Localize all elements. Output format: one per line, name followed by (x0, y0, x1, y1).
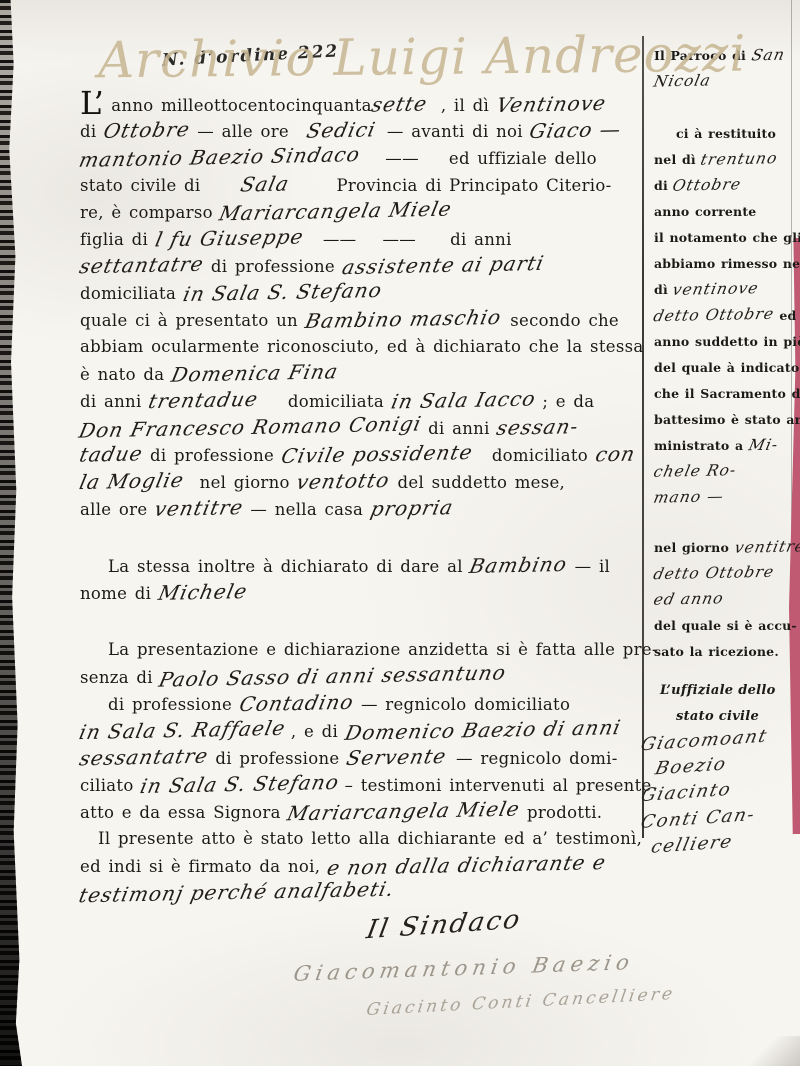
handwritten-text: Nicola (651, 67, 713, 94)
printed-text: del quale si è accu- (654, 618, 797, 633)
document-line: stato civile (654, 702, 794, 728)
handwritten-text: San (749, 42, 787, 69)
handwritten-text: la Moglie (77, 467, 187, 496)
handwritten-text: Bambino (467, 551, 570, 580)
printed-text: di anni (80, 392, 149, 411)
handwritten-text: Domenica Fina (169, 358, 341, 388)
handwritten-text: Michele (156, 578, 250, 607)
document-line: alle ore ventitre — nella casa propria (80, 495, 642, 522)
handwritten-text: mantonio Baezio Sindaco (77, 141, 363, 174)
signature-sindaco-name: Giacomantonio Baezio (292, 950, 636, 986)
printed-text: alle ore (80, 500, 155, 519)
printed-text: senza di (80, 668, 160, 687)
handwritten-text: Mariarcangela Miele (285, 796, 523, 828)
main-act-text: L’ anno milleottocentocinquantasette, il… (80, 90, 642, 906)
printed-text: , il dì (441, 96, 497, 115)
document-line: re, è comparso Mariarcangela Miele (80, 198, 642, 225)
document-line (80, 606, 642, 636)
document-line: Conti Can- (654, 806, 794, 832)
printed-text: del suddetto mese, (398, 473, 566, 492)
document-line: Giacinto (654, 780, 794, 806)
printed-text: ed (774, 308, 797, 323)
document-line (654, 510, 794, 534)
document-line: la Moglienel giorno ventottodel suddetto… (80, 468, 642, 495)
document-line: ci à restituito (654, 120, 794, 146)
handwritten-text: Sedici (304, 116, 378, 144)
printed-text: domiciliata (80, 284, 184, 303)
handwritten-text: testimonj perché analfabeti. (76, 876, 396, 910)
handwritten-text: con (593, 441, 638, 469)
document-line: Il presente atto è stato letto alla dich… (80, 825, 642, 852)
document-line: tadue di professione Civile possidentedo… (80, 441, 642, 468)
document-line: nel dì trentuno (654, 146, 794, 172)
printed-text: dì (654, 282, 673, 297)
handwritten-text: sette (369, 90, 430, 118)
handwritten-text: Civile possidente (278, 439, 475, 470)
handwritten-text: ventotto (294, 467, 392, 496)
document-line (80, 522, 642, 552)
document-line: di Ottobre — alle ore Sedici— avanti di … (80, 117, 642, 144)
handwritten-text: tadue (77, 440, 145, 468)
handwritten-text: trentadue (146, 386, 261, 415)
printed-text: secondo che (510, 311, 619, 330)
printed-text: stato civile di (80, 176, 201, 195)
printed-text: sato la ricezione. (654, 644, 779, 659)
printed-text: battesimo è stato am- (654, 412, 800, 427)
document-line: detto Ottobre (654, 560, 794, 586)
printed-text: —— (385, 149, 419, 168)
printed-text: —— (323, 230, 357, 249)
printed-text: anno milleottocentocinquanta (104, 96, 372, 115)
handwritten-text: Bambino maschio (302, 304, 503, 335)
document-line: sato la ricezione. (654, 638, 794, 664)
document-line: anno corrente (654, 198, 794, 224)
document-line: abbiamo rimesso nel (654, 250, 794, 276)
document-line (654, 664, 794, 676)
printed-text: La presentazione e dichiarazione anzidet… (108, 640, 658, 659)
document-line: La presentazione e dichiarazione anzidet… (80, 636, 642, 663)
printed-text: ciliato (80, 776, 141, 795)
handwritten-text: Domenico Baezio di anni (342, 714, 623, 747)
document-line: stato civile diSalaProvincia di Principa… (80, 171, 642, 198)
handwritten-text: mano — (651, 483, 726, 510)
printed-text: — avanti di noi (387, 122, 531, 141)
corner-shadow (710, 1036, 800, 1066)
document-line: di Ottobre (654, 172, 794, 198)
printed-text: ed indi si è firmato da noi, (80, 857, 328, 876)
printed-text: è nato da (80, 365, 172, 384)
handwritten-text: Sala (238, 171, 292, 199)
handwritten-text: ed anno (651, 585, 726, 612)
signature-sindaco-label: Il Sindaco (364, 905, 524, 946)
printed-text: abbiamo rimesso nel (654, 256, 800, 271)
printed-text: nel giorno (200, 473, 298, 492)
printed-text: di anni (450, 230, 512, 249)
document-line: chele Ro- (654, 458, 794, 484)
printed-text: nel giorno (654, 540, 735, 555)
document-line: ed indi si è firmato da noi, e non dalla… (80, 852, 642, 879)
printed-text: — nella casa (243, 500, 371, 519)
document-line: Nicola (654, 68, 794, 94)
handwritten-text: chele Ro- (651, 457, 739, 485)
handwritten-text: sessan- (494, 413, 581, 442)
document-line (654, 94, 794, 120)
printed-text: Il Parroco di (654, 48, 752, 63)
document-line: del quale si è accu- (654, 612, 794, 638)
printed-text: abbiam ocularmente riconosciuto, ed à di… (80, 337, 644, 356)
document-line: celliere (654, 832, 794, 858)
handwritten-text: Mi- (746, 432, 781, 459)
printed-text: — alle ore (190, 122, 297, 141)
handwritten-text: ventinove (671, 275, 762, 303)
order-number: N. d’ordine 222 (162, 41, 340, 70)
handwritten-text: Don Francesco Romano Conigi (76, 410, 424, 444)
printed-text: L’uffiziale dello (660, 678, 776, 704)
document-line: il notamento che gli (654, 224, 794, 250)
document-line: ciliato in Sala S. Stefano– testimoni in… (80, 771, 642, 798)
printed-text: di professione (203, 257, 342, 276)
document-line: Giacomoant (654, 728, 794, 754)
signature-cancelliere: Giacinto Conti Cancelliere (365, 984, 677, 1020)
handwritten-text: Ventinove (494, 90, 609, 119)
document-line: La stessa inoltre à dichiarato di dare a… (80, 552, 642, 579)
printed-text: —— (382, 230, 416, 249)
document-line: L’ anno milleottocentocinquantasette, il… (80, 90, 642, 117)
document-line: che il Sacramento del (654, 380, 794, 406)
printed-text: anno suddetto in piè (654, 334, 800, 349)
document-line: figlia di l fu Giuseppe————di anni (80, 225, 642, 252)
printed-text: di professione (142, 446, 281, 465)
printed-text: re, è comparso (80, 203, 220, 222)
book-binding-edge (0, 0, 22, 1066)
printed-text: di professione (108, 695, 240, 714)
handwritten-text: Servente (344, 743, 449, 772)
printed-text: di anni (421, 419, 498, 438)
printed-text: — regnicolo domi- (456, 749, 618, 768)
document-line: settantatre di professione assistente ai… (80, 252, 642, 279)
document-line: è nato da Domenica Fina (80, 360, 642, 387)
handwritten-text: Mariarcangela Miele (217, 196, 455, 228)
document-line: Il Parroco di San (654, 42, 794, 68)
document-line: domiciliata in Sala S. Stefano (80, 279, 642, 306)
document-line: mantonio Baezio Sindaco——ed uffiziale de… (80, 144, 642, 171)
document-line: in Sala S. Raffaele, e di Domenico Baezi… (80, 717, 642, 744)
printed-text: che il Sacramento del (654, 386, 800, 401)
handwritten-text: in Sala S. Stefano (180, 277, 384, 308)
printed-text: Provincia di Principato Citerio- (336, 176, 611, 195)
printed-text: ed uffiziale dello (449, 149, 597, 168)
document-line: atto e da essa Signora Mariarcangela Mie… (80, 798, 642, 825)
document-line: Boezio (654, 754, 794, 780)
printed-text: — il (567, 557, 610, 576)
document-line: nome di Michele (80, 579, 642, 606)
handwritten-text: Giaco — (527, 116, 624, 145)
document-line: quale ci à presentato un Bambino maschio… (80, 306, 642, 333)
handwritten-text: celliere (648, 829, 735, 861)
document-line: detto Ottobre ed (654, 302, 794, 328)
document-line: dì ventinove (654, 276, 794, 302)
document-line: mano — (654, 484, 794, 510)
handwritten-text: propria (368, 494, 456, 523)
printed-text: figlia di (80, 230, 156, 249)
document-line: testimonj perché analfabeti. (80, 879, 642, 906)
handwritten-text: sessantatre (77, 743, 211, 773)
printed-text: anno corrente (654, 204, 756, 219)
printed-text: – testimoni intervenuti al presente (345, 776, 652, 795)
printed-text: domiciliata (288, 392, 392, 411)
handwritten-text: l fu Giuseppe (152, 223, 306, 253)
printed-text: ; e da (535, 392, 595, 411)
printed-text: quale ci à presentato un (80, 311, 306, 330)
printed-text: — regnicolo domiciliato (361, 695, 570, 714)
document-line: senza di Paolo Sasso di anni sessantuno (80, 663, 642, 690)
scanned-birth-record-page: N. d’ordine 222 Archivio Luigi Andreozzi… (0, 0, 800, 1066)
document-line: ministrato a Mi- (654, 432, 794, 458)
document-line: L’uffiziale dello (654, 676, 794, 702)
printed-text: di professione (208, 749, 347, 768)
printed-text: nome di (80, 584, 159, 603)
document-line: anno suddetto in piè (654, 328, 794, 354)
handwritten-text: in Sala S. Raffaele (77, 715, 289, 746)
printed-text: di (80, 122, 104, 141)
handwritten-text: Ottobre (101, 116, 193, 145)
printed-text: domiciliato (492, 446, 596, 465)
column-divider-rule (642, 36, 644, 838)
printed-text: Il presente atto è stato letto alla dich… (98, 829, 642, 848)
document-line: abbiam ocularmente riconosciuto, ed à di… (80, 333, 642, 360)
printed-text: prodotti. (519, 803, 602, 822)
handwritten-text: ventitrè (732, 533, 800, 560)
printed-text: di (654, 178, 673, 193)
document-line: battesimo è stato am- (654, 406, 794, 432)
handwritten-text: in Sala S. Stefano (138, 769, 342, 800)
handwritten-text: detto Ottobre (651, 301, 777, 330)
document-line: nel giorno ventitrè (654, 534, 794, 560)
document-line: sessantatre di professione Servente— reg… (80, 744, 642, 771)
document-line: di professione Contadino— regnicolo domi… (80, 690, 642, 717)
printed-text: nel dì (654, 152, 701, 167)
handwritten-text: Ottobre (671, 171, 745, 198)
printed-text: ci à restituito (676, 126, 776, 141)
handwritten-text: Contadino (237, 689, 357, 718)
printed-text: La stessa inoltre à dichiarato di dare a… (108, 557, 470, 576)
document-line: Don Francesco Romano Conigi di anni sess… (80, 414, 642, 441)
handwritten-text: ventitre (152, 494, 246, 523)
document-line: ed anno (654, 586, 794, 612)
handwritten-text: detto Ottobre (651, 559, 777, 588)
handwritten-text: trentuno (698, 145, 780, 173)
document-line: del quale à indicato (654, 354, 794, 380)
document-line: di anni trentaduedomiciliata in Sala Iac… (80, 387, 642, 414)
printed-text: atto e da essa Signora (80, 803, 288, 822)
printed-text: , e di (291, 722, 346, 741)
parish-margin-column: Il Parroco di SanNicolaci à restituitone… (654, 42, 794, 858)
printed-text: ministrato a (654, 438, 749, 453)
printed-text: del quale à indicato (654, 360, 799, 375)
printed-text: il notamento che gli (654, 230, 800, 245)
handwritten-text: settantatre (77, 251, 207, 281)
